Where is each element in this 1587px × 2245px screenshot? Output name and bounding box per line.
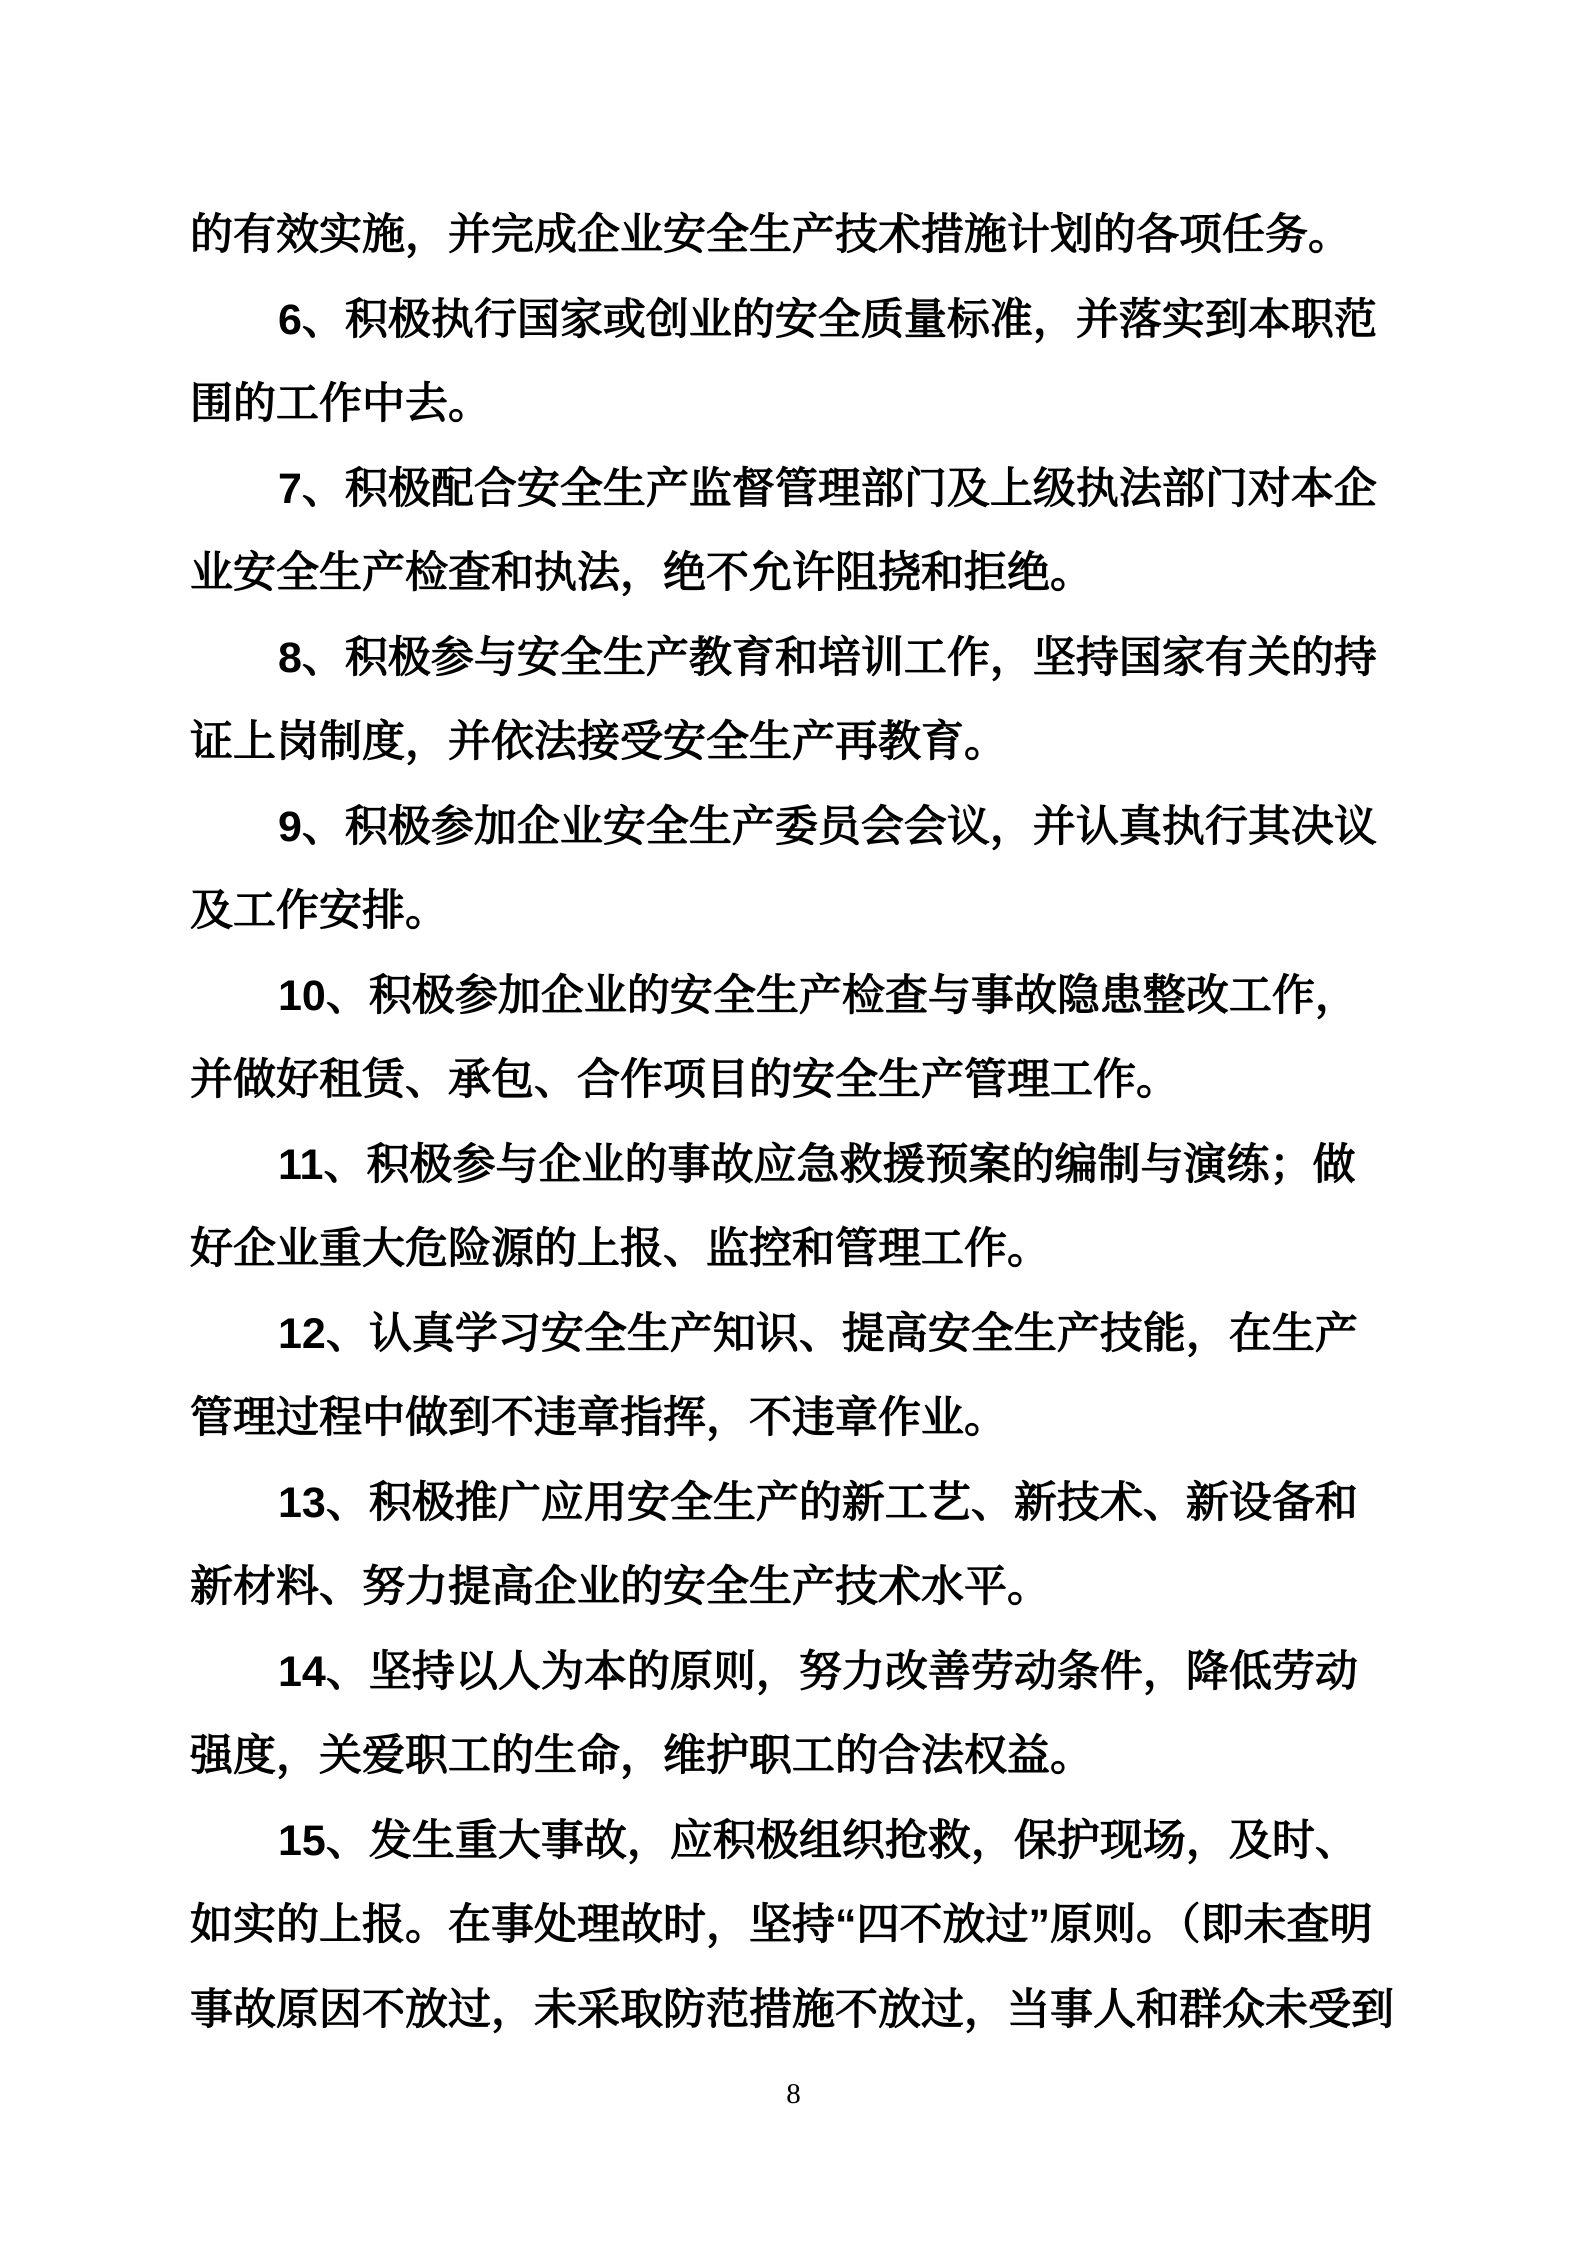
text-line: 并做好租赁、承包、合作项目的安全生产管理工作。 <box>190 1038 1405 1123</box>
text-line: 13、积极推广应用安全生产的新工艺、新技术、新设备和 <box>190 1461 1405 1546</box>
text-line: 6、积极执行国家或创业的安全质量标准，并落实到本职范 <box>190 278 1405 363</box>
text-line: 15、发生重大事故，应积极组织抢救，保护现场，及时、 <box>190 1799 1405 1884</box>
page-number: 8 <box>0 2078 1587 2111</box>
text-line: 强度，关爱职工的生命，维护职工的合法权益。 <box>190 1714 1405 1799</box>
document-body: 的有效实施，并完成企业安全生产技术措施计划的各项任务。 6、积极执行国家或创业的… <box>190 193 1405 2052</box>
text-line: 新材料、努力提高企业的安全生产技术水平。 <box>190 1545 1405 1630</box>
text-line: 业安全生产检查和执法，绝不允许阻挠和拒绝。 <box>190 531 1405 616</box>
text-line: 11、积极参与企业的事故应急救援预案的编制与演练；做 <box>190 1123 1405 1208</box>
text-line: 10、积极参加企业的安全生产检查与事故隐患整改工作， <box>190 954 1405 1039</box>
text-line: 管理过程中做到不违章指挥，不违章作业。 <box>190 1376 1405 1461</box>
text-line: 14、坚持以人为本的原则，努力改善劳动条件，降低劳动 <box>190 1630 1405 1715</box>
text-line: 事故原因不放过，未采取防范措施不放过，当事人和群众未受到 <box>190 1968 1405 2053</box>
text-line: 及工作安排。 <box>190 869 1405 954</box>
text-line: 好企业重大危险源的上报、监控和管理工作。 <box>190 1207 1405 1292</box>
text-line: 的有效实施，并完成企业安全生产技术措施计划的各项任务。 <box>190 193 1405 278</box>
text-line: 围的工作中去。 <box>190 362 1405 447</box>
text-line: 证上岗制度，并依法接受安全生产再教育。 <box>190 700 1405 785</box>
document-page: 的有效实施，并完成企业安全生产技术措施计划的各项任务。 6、积极执行国家或创业的… <box>0 0 1587 2245</box>
text-line: 8、积极参与安全生产教育和培训工作，坚持国家有关的持 <box>190 616 1405 701</box>
text-line: 12、认真学习安全生产知识、提高安全生产技能，在生产 <box>190 1292 1405 1377</box>
text-line: 7、积极配合安全生产监督管理部门及上级执法部门对本企 <box>190 447 1405 532</box>
text-line: 如实的上报。在事处理故时，坚持“四不放过”原则。（即未查明 <box>190 1883 1405 1968</box>
text-line: 9、积极参加企业安全生产委员会会议，并认真执行其决议 <box>190 785 1405 870</box>
